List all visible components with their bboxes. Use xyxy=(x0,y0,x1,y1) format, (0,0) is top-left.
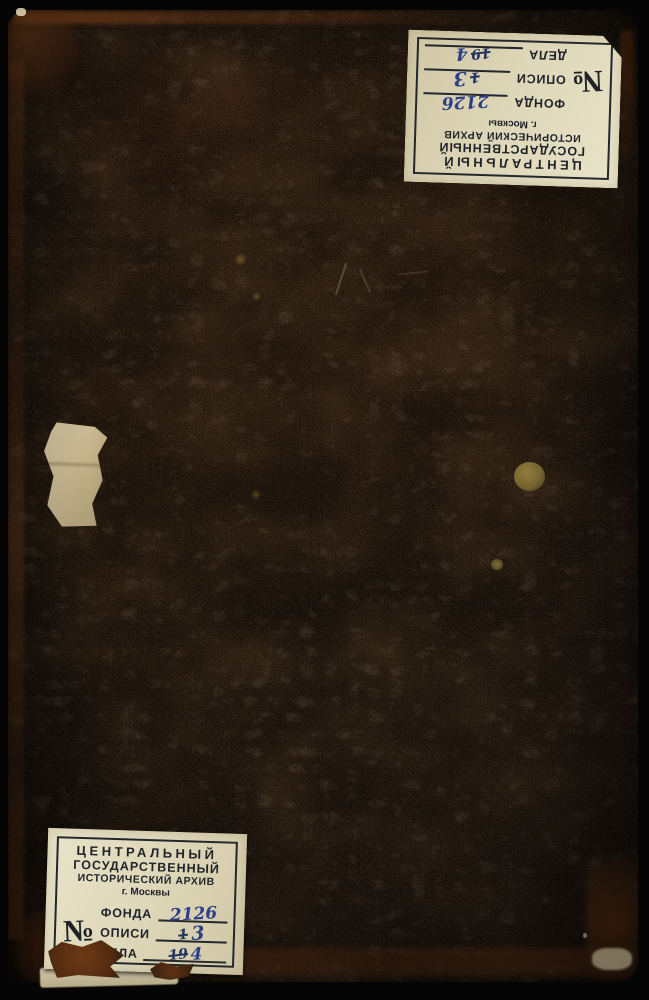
amber-speck xyxy=(252,292,261,301)
row-opisi: ОПИСИ 1 3 xyxy=(100,921,227,944)
label-rows: ФОНДА 2126 ОПИСИ 1 3 xyxy=(423,44,567,117)
rust-wear-right-top-edge xyxy=(620,30,634,160)
field-label-dela: ДЕЛА xyxy=(528,47,567,62)
field-value-fonda: 2126 xyxy=(158,902,228,923)
wax-stain-small xyxy=(491,559,503,570)
white-speck xyxy=(583,933,587,938)
field-label-opisi: ОПИСИ xyxy=(100,926,150,942)
handwritten-delo-number: 4 xyxy=(190,947,202,964)
handwritten-fond-number: 2126 xyxy=(441,91,489,111)
field-label-fonda: ФОНДА xyxy=(101,906,153,922)
scratch-mark xyxy=(335,263,347,296)
field-value-opisi: 1 3 xyxy=(156,922,228,943)
crossed-out-value: 19 xyxy=(470,45,491,61)
field-value-dela: 19 4 xyxy=(424,44,522,66)
field-label-fonda: ФОНДА xyxy=(513,95,565,111)
amber-speck xyxy=(234,254,247,265)
row-fonda: ФОНДА 2126 xyxy=(101,901,228,924)
rust-wear-top-left-corner xyxy=(8,10,78,102)
field-value-dela: 19 4 xyxy=(144,942,227,964)
label-paper: ЦЕНТРАЛЬНЫЙ ГОСУДАРСТВЕННЫЙ ИСТОРИЧЕСКИЙ… xyxy=(404,30,623,189)
rust-wear-bottom-right xyxy=(586,838,638,982)
handwritten-opis-number: 3 xyxy=(453,68,467,88)
label-frame: ЦЕНТРАЛЬНЫЙ ГОСУДАРСТВЕННЫЙ ИСТОРИЧЕСКИЙ… xyxy=(53,836,238,968)
field-label-dela: ДЕЛА xyxy=(99,946,138,961)
label-paper: ЦЕНТРАЛЬНЫЙ ГОСУДАРСТВЕННЫЙ ИСТОРИЧЕСКИЙ… xyxy=(44,828,247,975)
handwritten-delo-number: 4 xyxy=(456,44,468,61)
label-fields: № ФОНДА 2126 ОПИСИ 1 xyxy=(423,45,605,118)
field-value-fonda: 2126 xyxy=(423,92,508,114)
scratch-mark xyxy=(359,269,371,294)
crossed-out-value: 19 xyxy=(167,947,188,963)
row-opisi: ОПИСИ 1 3 xyxy=(424,68,566,91)
label-frame: ЦЕНТРАЛЬНЫЙ ГОСУДАРСТВЕННЫЙ ИСТОРИЧЕСКИЙ… xyxy=(413,37,613,180)
rust-wear-top-edge xyxy=(14,11,514,24)
label-fields: № ФОНДА 2126 ОПИСИ 1 xyxy=(61,898,228,962)
row-dela: ДЕЛА 19 4 xyxy=(424,44,566,67)
crossed-out-value: 1 xyxy=(178,928,189,943)
handwritten-opis-number: 3 xyxy=(191,924,205,944)
paper-fold-crease xyxy=(42,461,106,466)
row-fonda: ФОНДА 2126 xyxy=(423,92,565,115)
field-label-opisi: ОПИСИ xyxy=(516,71,566,87)
torn-paper-scrap xyxy=(40,422,108,528)
label-rows: ФОНДА 2126 ОПИСИ 1 3 xyxy=(99,899,228,964)
wax-stain-large xyxy=(514,462,545,491)
number-sign: № xyxy=(571,63,604,100)
scratch-mark xyxy=(398,270,428,275)
amber-speck xyxy=(251,490,261,499)
rust-wear-left-edge xyxy=(8,60,24,940)
field-value-opisi: 1 3 xyxy=(424,68,511,90)
number-sign: № xyxy=(62,912,95,949)
crossed-out-value: 1 xyxy=(469,69,480,84)
archive-label-bottom: ЦЕНТРАЛЬНЫЙ ГОСУДАРСТВЕННЫЙ ИСТОРИЧЕСКИЙ… xyxy=(44,828,247,975)
archive-label-top: ЦЕНТРАЛЬНЫЙ ГОСУДАРСТВЕННЫЙ ИСТОРИЧЕСКИЙ… xyxy=(404,30,623,189)
photo-archive-book-cover: ЦЕНТРАЛЬНЫЙ ГОСУДАРСТВЕННЫЙ ИСТОРИЧЕСКИЙ… xyxy=(0,0,649,1000)
row-dela: ДЕЛА 19 4 xyxy=(99,941,226,964)
